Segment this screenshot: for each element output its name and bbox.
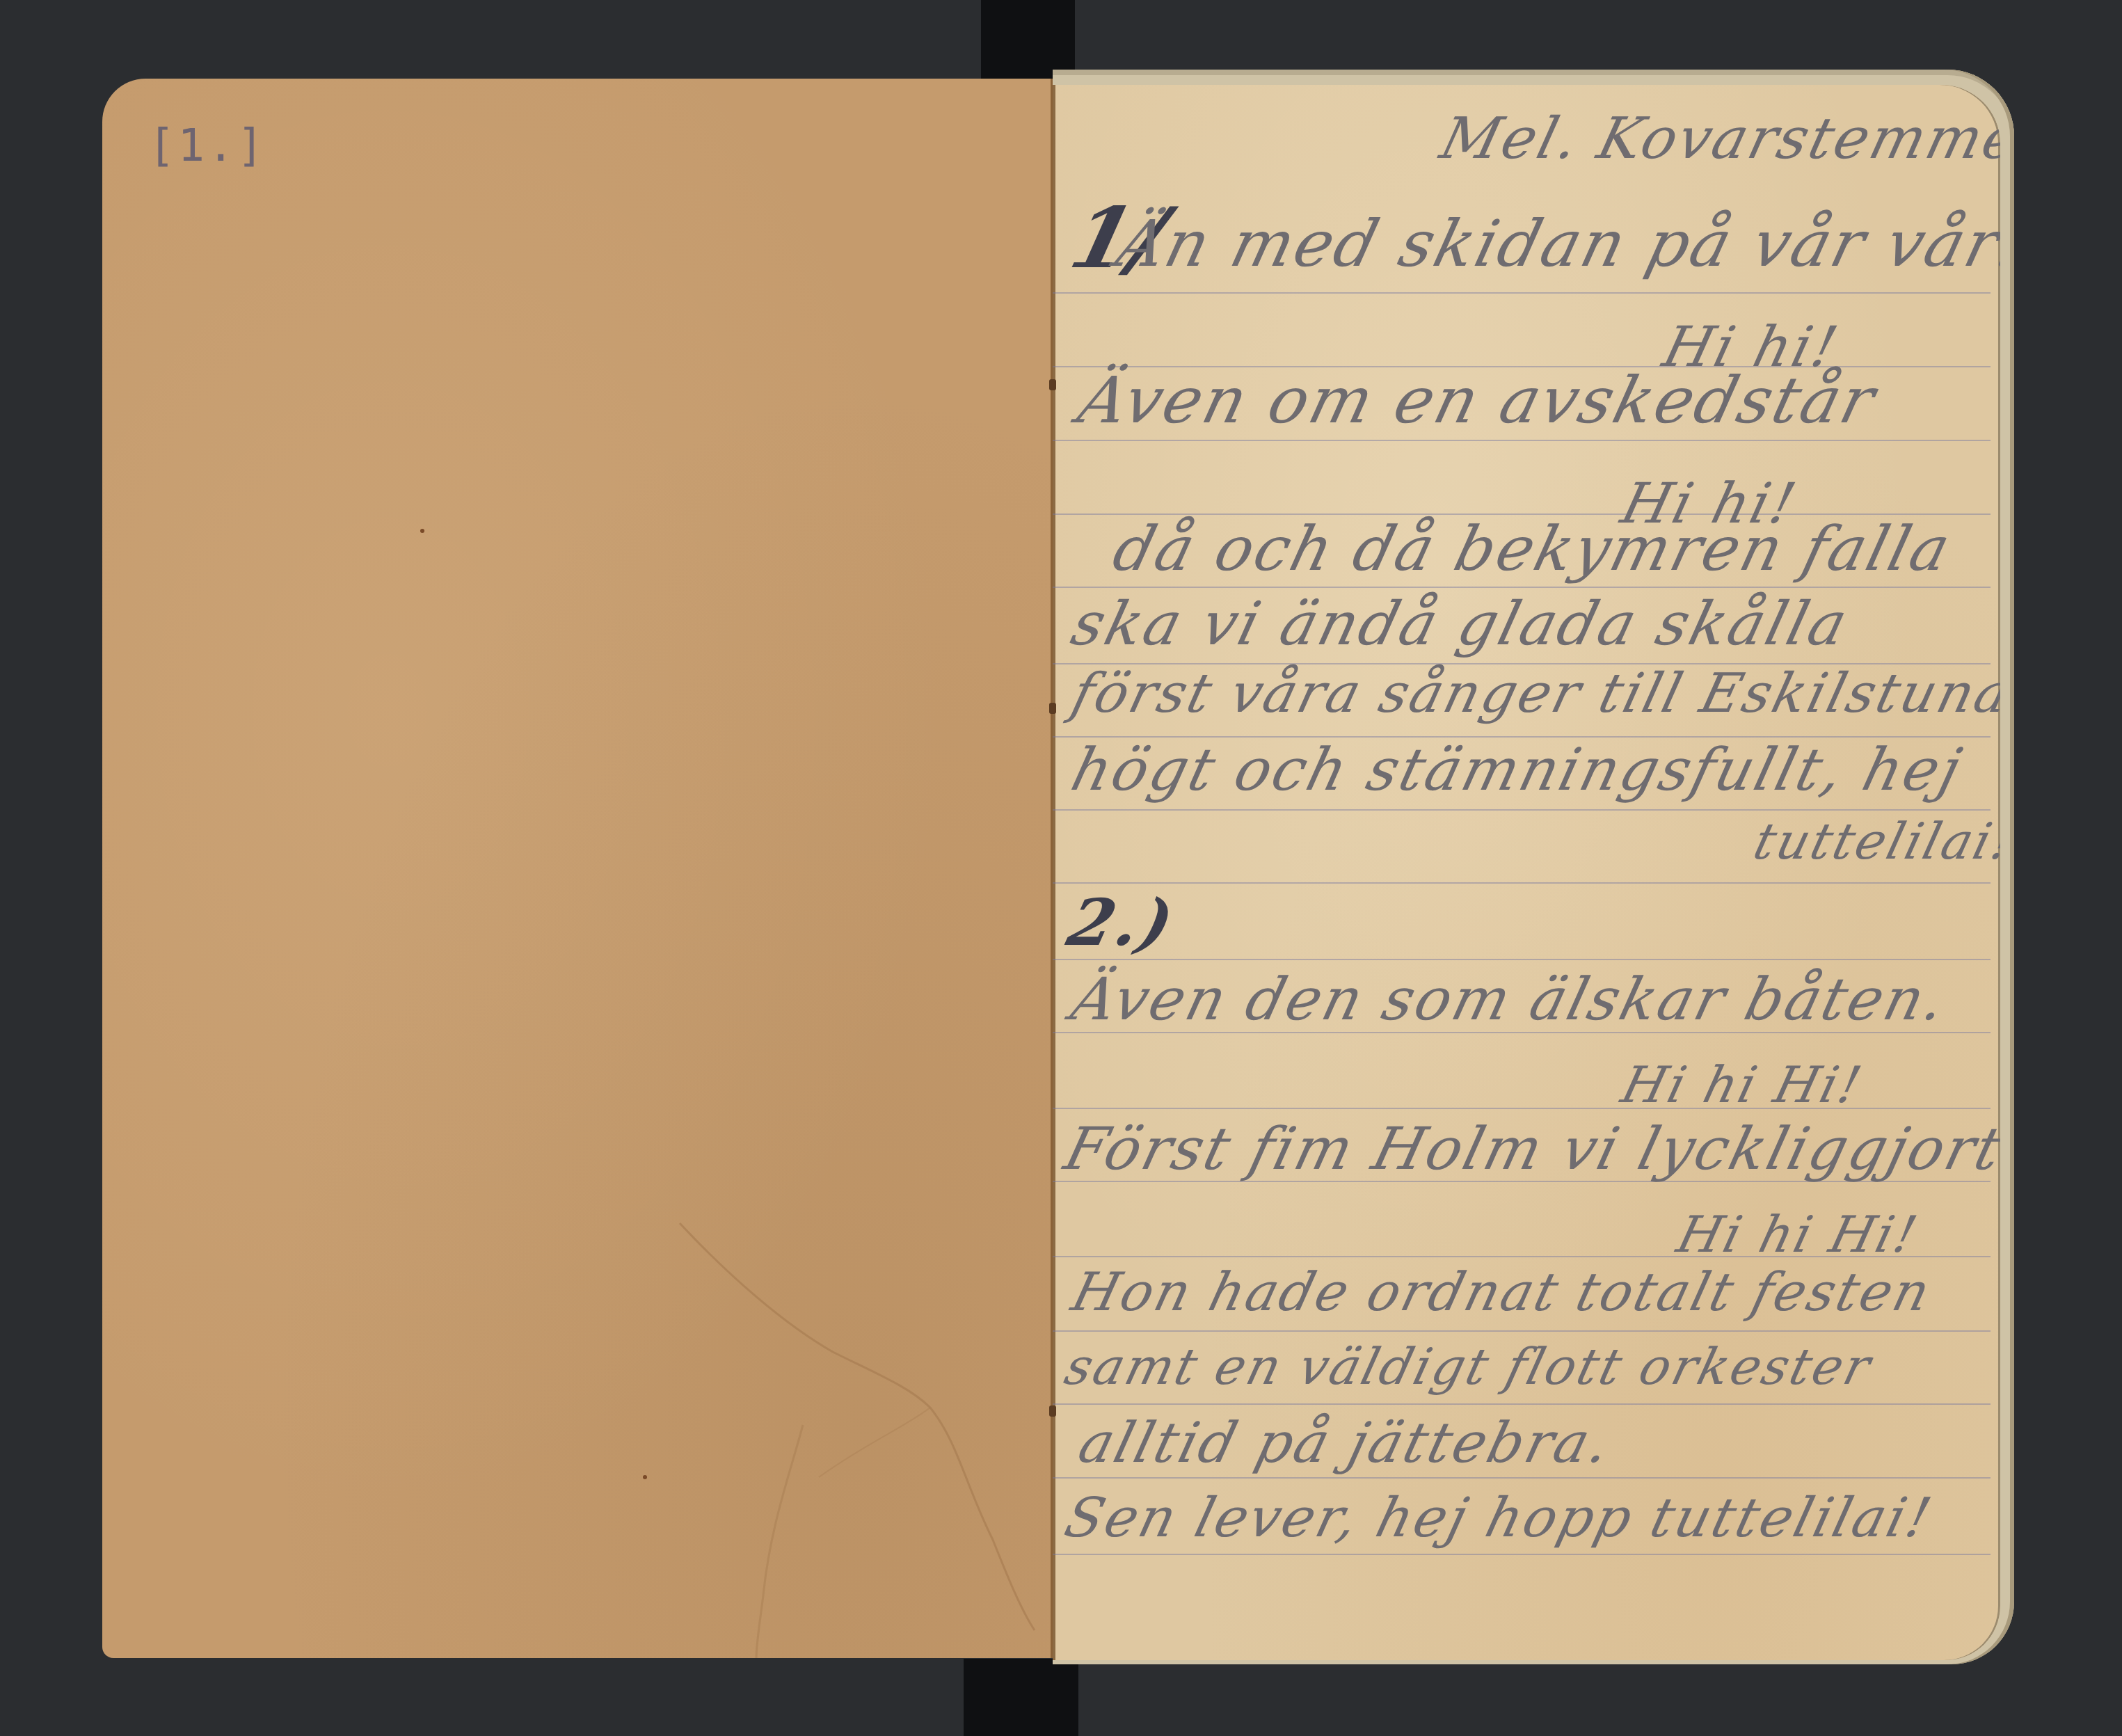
verse-line: Även om en avskedstår [1071,363,1884,438]
ruled-line [1053,1554,1991,1555]
verse-number: 2.) [1061,885,1183,960]
spine-stitch [1049,703,1056,714]
crease-marks [102,79,1053,1658]
verse-line: Först fim Holm vi lyckliggjort [1058,1115,2000,1183]
ruled-line [1053,1403,1991,1405]
verse-line: ska vi ändå glada skålla [1065,589,1856,659]
ruled-line [1053,882,1991,884]
page-number-label: [1.] [148,120,266,172]
verse-line: först våra sånger till Eskilstuna [1066,662,2000,725]
verse-line: Sen lever, hej hopp tuttelilai! [1059,1487,1939,1550]
verse-line: alltid på jättebra. [1072,1410,1618,1475]
notebook-cover-left: [1.] [102,79,1053,1658]
ruled-line [1053,440,1991,441]
top-binding-strip [981,0,1075,80]
verse-line: Även den som älskar båten. [1065,965,1954,1033]
spine-stitch [1049,1405,1056,1417]
verse-line: Hon hade ordnat totalt festen [1066,1261,1938,1323]
spine-stitch [1049,379,1056,390]
ruled-line [1053,292,1991,294]
melody-heading: Mel. Kovarstemmeln [1434,106,2000,172]
verse-line: Hi hi Hi! [1672,1205,1925,1264]
notebook-page-right: Mel. Kovarstemmeln 1/ Än med skidan på v… [1053,85,2000,1660]
ruled-line [1053,809,1991,811]
verse-line: Än med skidan på vår vår! [1110,207,2000,281]
verse-line: samt en väldigt flott orkester [1060,1337,1878,1396]
ruled-line [1053,959,1991,960]
verse-line: då och då bekymren falla [1106,513,1959,584]
verse-line: Hi hi Hi! [1616,1056,1869,1114]
ruled-line [1053,1330,1991,1332]
ruled-line [1053,587,1991,588]
verse-line: högt och stämningsfullt, hej [1065,735,1970,804]
verse-line: tuttelilai! [1748,812,2000,870]
bottom-binding-strip [964,1659,1078,1736]
ruled-line [1053,1477,1991,1479]
